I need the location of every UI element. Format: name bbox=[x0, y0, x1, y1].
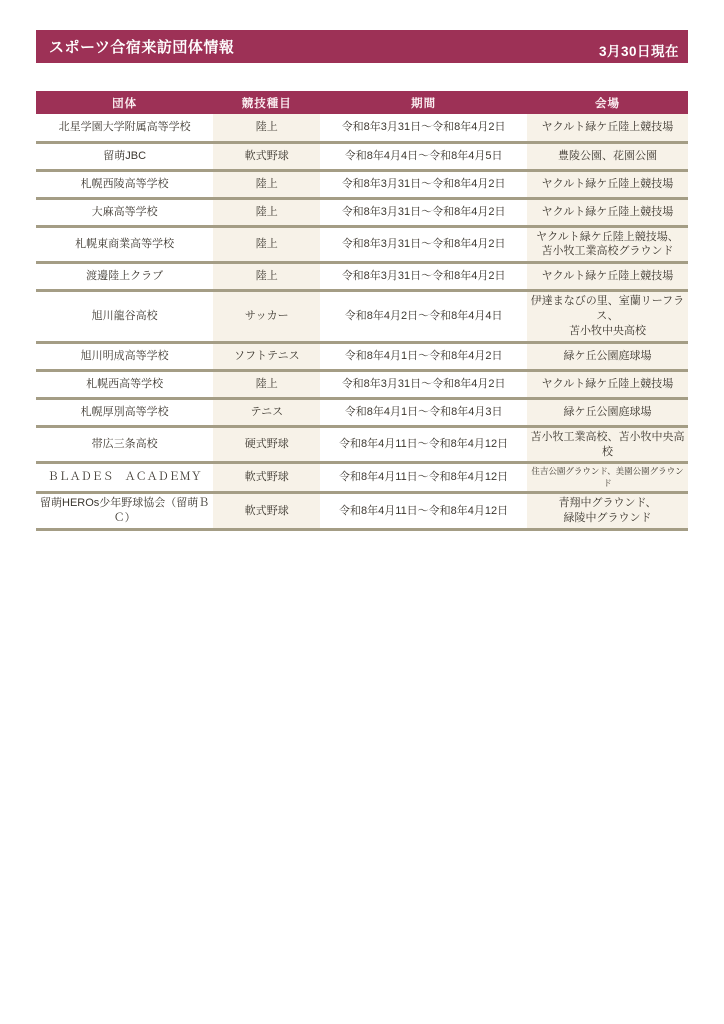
group-cell: 北星学園大学附属高等学校 bbox=[36, 114, 213, 142]
venue-line: 苫小牧中央高校 bbox=[569, 325, 646, 337]
sport-cell: 陸上 bbox=[213, 370, 320, 398]
group-cell: 大麻高等学校 bbox=[36, 198, 213, 226]
table-row: 帯広三条高校硬式野球令和8年4月11日〜令和8年4月12日苫小牧工業高校、苫小牧… bbox=[36, 426, 688, 463]
as-of-date: 3月30日現在 bbox=[599, 40, 679, 63]
table-row: 留萌JBC軟式野球令和8年4月4日〜令和8年4月5日豊陵公園、花園公園 bbox=[36, 142, 688, 170]
venue-cell: ヤクルト緑ケ丘陸上競技場 bbox=[527, 114, 688, 142]
group-cell: ＢＬＡＤＥＳ ＡＣＡＤＥＭＹ bbox=[36, 463, 213, 493]
period-cell: 令和8年3月31日〜令和8年4月2日 bbox=[320, 198, 527, 226]
camp-groups-table: 団体 競技種目 期間 会場 北星学園大学附属高等学校陸上令和8年3月31日〜令和… bbox=[36, 91, 688, 531]
table-row: ＢＬＡＤＥＳ ＡＣＡＤＥＭＹ軟式野球令和8年4月11日〜令和8年4月12日住吉公… bbox=[36, 463, 688, 493]
venue-cell: 苫小牧工業高校、苫小牧中央高校 bbox=[527, 426, 688, 463]
sport-cell: ソフトテニス bbox=[213, 342, 320, 370]
group-cell: 札幌西高等学校 bbox=[36, 370, 213, 398]
column-header-period: 期間 bbox=[320, 91, 527, 114]
group-cell: 旭川龍谷高校 bbox=[36, 291, 213, 343]
column-header-venue: 会場 bbox=[527, 91, 688, 114]
venue-line: ヤクルト緑ケ丘陸上競技場 bbox=[542, 378, 674, 390]
venue-cell: ヤクルト緑ケ丘陸上競技場 bbox=[527, 263, 688, 291]
venue-line: 青翔中グラウンド、 bbox=[558, 497, 656, 509]
sport-cell: 陸上 bbox=[213, 114, 320, 142]
venue-cell: 青翔中グラウンド、緑陵中グラウンド bbox=[527, 493, 688, 530]
period-cell: 令和8年3月31日〜令和8年4月2日 bbox=[320, 370, 527, 398]
group-cell: 札幌西陵高等学校 bbox=[36, 170, 213, 198]
venue-line: 伊達まなびの里、室蘭リーフラス、 bbox=[531, 295, 684, 322]
table-row: 札幌東商業高等学校陸上令和8年3月31日〜令和8年4月2日ヤクルト緑ケ丘陸上競技… bbox=[36, 226, 688, 263]
group-cell: 留萌JBC bbox=[36, 142, 213, 170]
venue-cell: 緑ケ丘公園庭球場 bbox=[527, 342, 688, 370]
group-cell: 旭川明成高等学校 bbox=[36, 342, 213, 370]
venue-cell: 緑ケ丘公園庭球場 bbox=[527, 398, 688, 426]
venue-line: 緑陵中グラウンド bbox=[563, 512, 651, 524]
venue-line: 住吉公園グラウンド、美園公園グラウンド bbox=[531, 466, 683, 487]
period-cell: 令和8年3月31日〜令和8年4月2日 bbox=[320, 170, 527, 198]
sport-cell: テニス bbox=[213, 398, 320, 426]
column-header-group: 団体 bbox=[36, 91, 213, 114]
venue-cell: ヤクルト緑ケ丘陸上競技場、苫小牧工業高校グラウンド bbox=[527, 226, 688, 263]
period-cell: 令和8年4月1日〜令和8年4月3日 bbox=[320, 398, 527, 426]
sport-cell: 軟式野球 bbox=[213, 493, 320, 530]
venue-cell: 住吉公園グラウンド、美園公園グラウンド bbox=[527, 463, 688, 493]
venue-cell: ヤクルト緑ケ丘陸上競技場 bbox=[527, 170, 688, 198]
table-row: 大麻高等学校陸上令和8年3月31日〜令和8年4月2日ヤクルト緑ケ丘陸上競技場 bbox=[36, 198, 688, 226]
document-page: スポーツ合宿来訪団体情報 3月30日現在 団体 競技種目 期間 会場 北星学園大… bbox=[0, 0, 724, 1024]
table-row: 北星学園大学附属高等学校陸上令和8年3月31日〜令和8年4月2日ヤクルト緑ケ丘陸… bbox=[36, 114, 688, 142]
sport-cell: 硬式野球 bbox=[213, 426, 320, 463]
venue-line: ヤクルト緑ケ丘陸上競技場 bbox=[542, 206, 674, 218]
page-title: スポーツ合宿来訪団体情報 bbox=[49, 36, 234, 57]
group-cell: 帯広三条高校 bbox=[36, 426, 213, 463]
venue-cell: 伊達まなびの里、室蘭リーフラス、苫小牧中央高校 bbox=[527, 291, 688, 343]
column-header-sport: 競技種目 bbox=[213, 91, 320, 114]
venue-line: ヤクルト緑ケ丘陸上競技場 bbox=[542, 178, 674, 190]
period-cell: 令和8年4月11日〜令和8年4月12日 bbox=[320, 463, 527, 493]
sport-cell: 陸上 bbox=[213, 170, 320, 198]
header-row: 団体 競技種目 期間 会場 bbox=[36, 91, 688, 114]
venue-line: ヤクルト緑ケ丘陸上競技場 bbox=[542, 270, 674, 282]
table-row: 旭川龍谷高校サッカー令和8年4月2日〜令和8年4月4日伊達まなびの里、室蘭リーフ… bbox=[36, 291, 688, 343]
group-cell: 札幌東商業高等学校 bbox=[36, 226, 213, 263]
period-cell: 令和8年4月2日〜令和8年4月4日 bbox=[320, 291, 527, 343]
sport-cell: 陸上 bbox=[213, 226, 320, 263]
period-cell: 令和8年4月11日〜令和8年4月12日 bbox=[320, 493, 527, 530]
table-row: 札幌西高等学校陸上令和8年3月31日〜令和8年4月2日ヤクルト緑ケ丘陸上競技場 bbox=[36, 370, 688, 398]
venue-line: 苫小牧工業高校、苫小牧中央高校 bbox=[530, 431, 684, 458]
period-cell: 令和8年3月31日〜令和8年4月2日 bbox=[320, 226, 527, 263]
table-body: 北星学園大学附属高等学校陸上令和8年3月31日〜令和8年4月2日ヤクルト緑ケ丘陸… bbox=[36, 114, 688, 530]
venue-cell: 豊陵公園、花園公園 bbox=[527, 142, 688, 170]
period-cell: 令和8年3月31日〜令和8年4月2日 bbox=[320, 263, 527, 291]
venue-line: ヤクルト緑ケ丘陸上競技場 bbox=[542, 121, 674, 133]
period-cell: 令和8年4月4日〜令和8年4月5日 bbox=[320, 142, 527, 170]
venue-cell: ヤクルト緑ケ丘陸上競技場 bbox=[527, 370, 688, 398]
period-cell: 令和8年3月31日〜令和8年4月2日 bbox=[320, 114, 527, 142]
venue-line: 豊陵公園、花園公園 bbox=[558, 150, 657, 162]
sport-cell: サッカー bbox=[213, 291, 320, 343]
venue-line: 緑ケ丘公園庭球場 bbox=[563, 406, 651, 418]
sport-cell: 陸上 bbox=[213, 198, 320, 226]
group-cell: 留萌HEROs少年野球協会（留萌ＢＣ） bbox=[36, 493, 213, 530]
sport-cell: 軟式野球 bbox=[213, 463, 320, 493]
table-header: 団体 競技種目 期間 会場 bbox=[36, 91, 688, 114]
sport-cell: 陸上 bbox=[213, 263, 320, 291]
table-row: 渡邊陸上クラブ陸上令和8年3月31日〜令和8年4月2日ヤクルト緑ケ丘陸上競技場 bbox=[36, 263, 688, 291]
table-row: 札幌西陵高等学校陸上令和8年3月31日〜令和8年4月2日ヤクルト緑ケ丘陸上競技場 bbox=[36, 170, 688, 198]
sport-cell: 軟式野球 bbox=[213, 142, 320, 170]
table-row: 留萌HEROs少年野球協会（留萌ＢＣ）軟式野球令和8年4月11日〜令和8年4月1… bbox=[36, 493, 688, 530]
venue-line: 緑ケ丘公園庭球場 bbox=[563, 350, 651, 362]
venue-line: 苫小牧工業高校グラウンド bbox=[541, 245, 673, 257]
period-cell: 令和8年4月11日〜令和8年4月12日 bbox=[320, 426, 527, 463]
period-cell: 令和8年4月1日〜令和8年4月2日 bbox=[320, 342, 527, 370]
group-cell: 渡邊陸上クラブ bbox=[36, 263, 213, 291]
table-row: 札幌厚別高等学校テニス令和8年4月1日〜令和8年4月3日緑ケ丘公園庭球場 bbox=[36, 398, 688, 426]
title-bar: スポーツ合宿来訪団体情報 3月30日現在 bbox=[36, 30, 688, 63]
camp-groups-table-wrap: 団体 競技種目 期間 会場 北星学園大学附属高等学校陸上令和8年3月31日〜令和… bbox=[36, 91, 688, 531]
group-cell: 札幌厚別高等学校 bbox=[36, 398, 213, 426]
venue-cell: ヤクルト緑ケ丘陸上競技場 bbox=[527, 198, 688, 226]
table-row: 旭川明成高等学校ソフトテニス令和8年4月1日〜令和8年4月2日緑ケ丘公園庭球場 bbox=[36, 342, 688, 370]
venue-line: ヤクルト緑ケ丘陸上競技場、 bbox=[536, 231, 679, 243]
